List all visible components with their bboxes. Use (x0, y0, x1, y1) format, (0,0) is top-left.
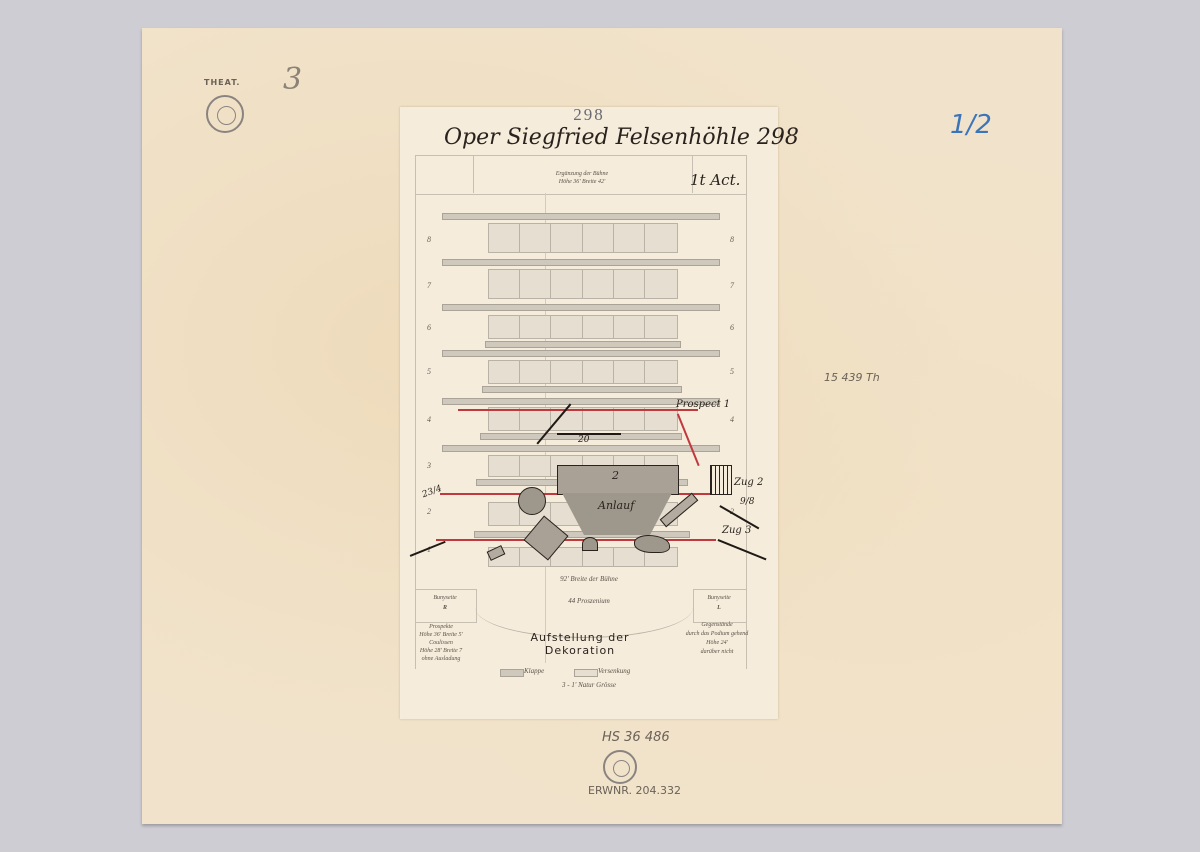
piece-19 (582, 537, 598, 551)
row-number-left: 4 (427, 415, 431, 424)
trap-row-6 (488, 315, 678, 339)
piece-number: 20 (578, 435, 589, 445)
label-zug-2: Zug 2 (734, 477, 763, 488)
batten-bar (442, 304, 720, 311)
steps (710, 465, 732, 495)
round-archive-stamp (206, 95, 244, 133)
batten-bar (482, 386, 682, 393)
note-line: ohne Ausladung (402, 655, 480, 663)
batten-bar (485, 341, 681, 348)
row-number-left: 8 (427, 235, 431, 244)
proscenium-arc (475, 577, 693, 638)
rock-piece-20 (634, 535, 670, 553)
act-label: 1t Act. (690, 171, 740, 189)
note-line: Gegenstände (672, 621, 762, 630)
row-number-right: 5 (730, 367, 734, 376)
plan-title: Oper Siegfried Felsenhöhle 298 (444, 125, 799, 150)
note-line: Prospekte (402, 623, 480, 631)
plan-number-stamp: 298 (400, 105, 778, 125)
main-caption: Aufstellung der Dekoration (495, 631, 665, 657)
row-number-right: 7 (730, 281, 734, 290)
note-line: Coulissen (402, 639, 480, 647)
red-line-zug-3 (436, 539, 716, 541)
side-box-left-letter: L (693, 605, 745, 611)
trap-row-7 (488, 269, 678, 299)
stage-plan-sheet: 298 Oper Siegfried Felsenhöhle 298 Ergän… (400, 107, 778, 719)
note-line: Höhe 24' (672, 639, 762, 648)
header-note-1: Ergänzung der Bühne (473, 171, 691, 177)
legend-klappe-label: Klappe (524, 667, 544, 675)
label-prospect-1: Prospect 1 (676, 399, 730, 410)
label-anlauf: Anlauf (598, 499, 634, 512)
scale-note: 3 - 1' Natur Grösse (400, 681, 778, 689)
red-line-prospect-1 (458, 409, 698, 411)
note-line: darüber nicht (672, 648, 762, 657)
round-piece-15 (518, 487, 546, 515)
erw-number: ERWNR. 204.332 (588, 784, 681, 797)
round-archive-stamp-bottom (603, 750, 637, 784)
side-box-right-letter: R (415, 605, 475, 611)
trap-row-5 (488, 360, 678, 384)
pencil-number: 3 (283, 62, 302, 97)
row-number-left: 3 (427, 461, 431, 470)
row-number-left: 5 (427, 367, 431, 376)
note-line: Höhe 36' Breite 5' (402, 631, 480, 639)
row-number-right: 4 (730, 415, 734, 424)
note-line: Höhe 28' Breite 7 (402, 647, 480, 655)
blue-pencil-fraction: 1/2 (950, 110, 992, 140)
label-zug-3: Zug 3 (722, 525, 751, 536)
row-number-left: 6 (427, 323, 431, 332)
label-right-mark: 9/8 (740, 497, 754, 507)
theater-stamp-label: THEAT. (204, 78, 240, 87)
header-note-2: Höhe 36' Breite 42' (473, 179, 691, 185)
inventory-number-right: 15 439 Th (824, 371, 880, 384)
trap-row-8 (488, 223, 678, 253)
legend-klappe-swatch (500, 669, 524, 677)
batten-bar (442, 350, 720, 357)
inventory-number-bottom: HS 36 486 (602, 730, 670, 745)
batten-bar (442, 259, 720, 266)
note-line: durch das Podium gehend (672, 630, 762, 639)
row-number-right: 8 (730, 235, 734, 244)
row-number-left: 2 (427, 507, 431, 516)
legend-versenkung-swatch (574, 669, 598, 677)
batten-bar (442, 445, 720, 452)
notes-left: Prospekte Höhe 36' Breite 5' Coulissen H… (402, 623, 480, 663)
legend-versenkung-label: Versenkung (598, 667, 630, 675)
row-number-left: 7 (427, 281, 431, 290)
notes-right: Gegenstände durch das Podium gehend Höhe… (672, 621, 762, 657)
piece-number: 2 (612, 469, 619, 482)
row-number-right: 6 (730, 323, 734, 332)
batten-bar (442, 213, 720, 220)
